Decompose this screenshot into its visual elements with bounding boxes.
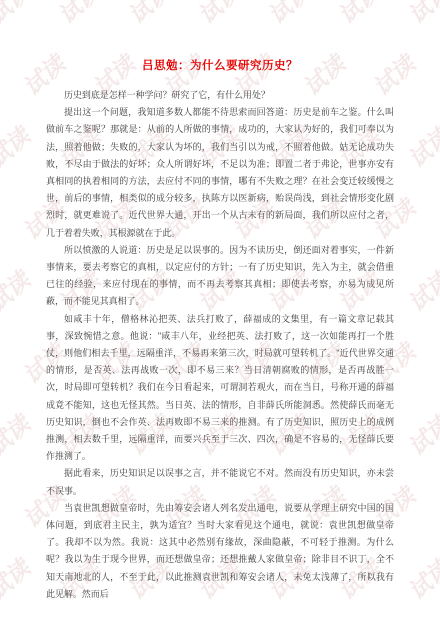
page-title: 吕思勉：为什么要研究历史？ [0, 57, 440, 73]
watermark-text: 试读 [400, 0, 440, 30]
paragraph: 提出这一个问题，我知道多数人都能不待思索而回答道：历史是前车之鉴。什么叫做前车之… [46, 104, 394, 242]
watermark-text: 试读 [260, 0, 316, 30]
watermark-text: 试读 [435, 47, 440, 102]
watermark-text: 试读 [400, 407, 440, 462]
document-page: 试读试读试读试读试读试读试读试读试读试读试读试读试读试读试读试读试读试读试读试读… [0, 0, 440, 620]
watermark-text: 试读 [190, 0, 246, 30]
paragraph: 当袁世凯想做皇帝时，先由筹安会诸人列名发出通电，说要从学理上研究中国的国体问题，… [46, 500, 394, 603]
watermark-text: 试读 [400, 263, 440, 318]
watermark-text: 试读 [0, 551, 36, 606]
watermark-text: 试读 [0, 263, 36, 318]
watermark-text: 试读 [0, 119, 36, 174]
watermark-text: 试读 [435, 191, 440, 246]
watermark-text: 试读 [435, 335, 440, 390]
document-body: 历史到底是怎样一种学问？研究了它，有什么用处？提出这一个问题，我知道多数人都能不… [46, 87, 394, 603]
watermark-text: 试读 [50, 0, 106, 30]
watermark-text: 试读 [0, 407, 36, 462]
watermark-text: 试读 [120, 0, 176, 30]
watermark-text: 试读 [400, 551, 440, 606]
paragraph: 历史到底是怎样一种学问？研究了它，有什么用处？ [46, 87, 394, 104]
watermark-text: 试读 [400, 119, 440, 174]
paragraph: 所以愤激的人说道：历史是足以误事的。因为不读历史，倒还面对着事实，一件新事情来，… [46, 242, 394, 311]
watermark-text: 试读 [435, 479, 440, 534]
watermark-text: 试读 [0, 0, 36, 30]
paragraph: 据此看来，历史知识足以误事之言，并不能说它不对。然而没有历史知识，亦未尝不误事。 [46, 465, 394, 499]
page-number: 1 [367, 571, 371, 580]
watermark-text: 试读 [330, 0, 386, 30]
paragraph: 如咸丰十年，僧格林沁把英、法兵打败了，薛福成的文集里，有一篇文章记载其事，深致惋… [46, 311, 394, 466]
